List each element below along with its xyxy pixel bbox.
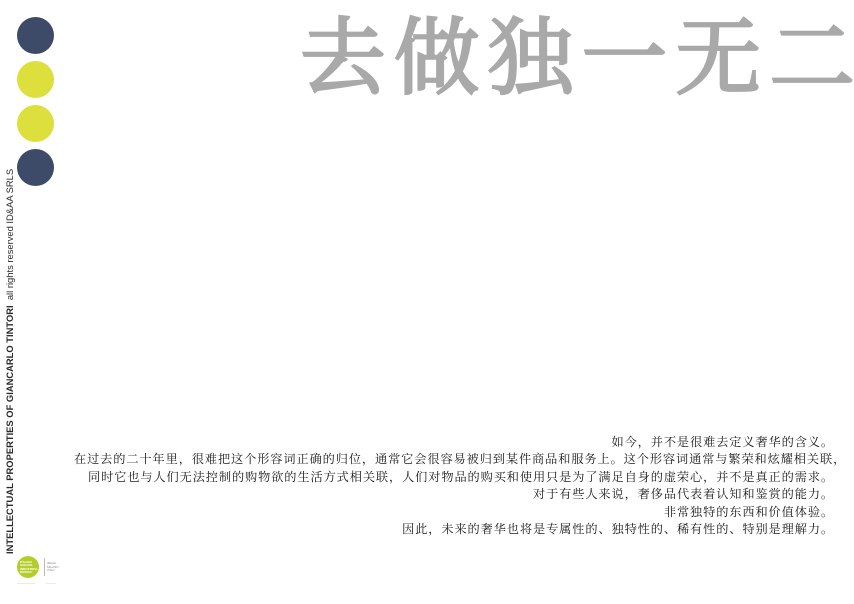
navy-dot-2 (17, 149, 54, 186)
logo-side-line: ITALY (47, 569, 59, 573)
paragraph-line: 同时它也与人们无法控制的购物欲的生活方式相关联，人们对物品的购买和使用只是为了满… (74, 469, 834, 486)
logo-divider (44, 558, 45, 576)
logo-line: DESIGN (20, 571, 38, 574)
paragraph-line: 在过去的二十年里，很难把这个形容词正确的归位，通常它会很容易被归到某件商品和服务… (74, 451, 834, 468)
logo-caption-2: ———— (46, 582, 56, 585)
body-text: 如今，并不是很难去定义奢华的含义。 在过去的二十年里，很难把这个形容词正确的归位… (74, 434, 834, 538)
navy-dot-1 (17, 17, 54, 54)
paragraph-line: 对于有些人来说，奢侈品代表着认知和鉴赏的能力。 (74, 486, 834, 503)
yellow-dot-2 (17, 105, 54, 142)
credit-rights: all rights reserved ID&AA SRLS (4, 169, 15, 300)
logo-caption: ——————— (17, 582, 35, 585)
credit-owner: INTELLECTUAL PROPERTIES OF GIANCARLO TIN… (4, 305, 15, 554)
yellow-dot-1 (17, 61, 54, 98)
copyright-credit: INTELLECTUAL PROPERTIES OF GIANCARLO TIN… (3, 254, 17, 554)
paragraph-line: 非常独特的东西和价值体验。 (74, 504, 834, 521)
school-logo-text: ITALIAN SCHOOL INDUSTRIAL DESIGN (20, 561, 38, 575)
page-title: 去做独一无二 (300, 10, 851, 106)
paragraph-line: 因此，未来的奢华也将是专属性的、独特性的、稀有性的、特别是理解力。 (74, 521, 834, 538)
paragraph-line: 如今，并不是很难去定义奢华的含义。 (74, 434, 834, 451)
logo-side-text: ID&AA MILANO ITALY (47, 562, 59, 573)
